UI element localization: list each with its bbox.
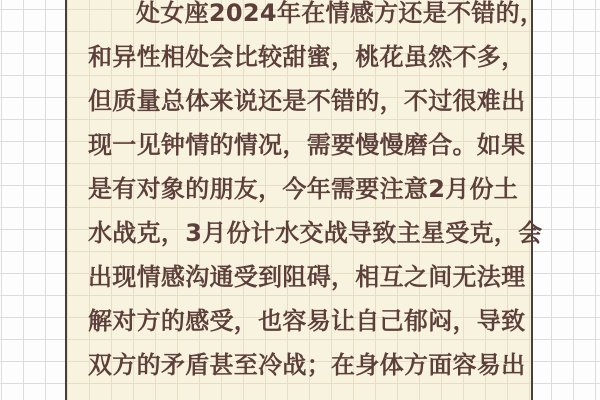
text-line: 双方的矛盾甚至冷战；在身体方面容易出 (88, 343, 511, 387)
text-line: 和异性相处会比较甜蜜，桃花虽然不多， (88, 35, 511, 79)
text-line: 现一见钟情的情况，需要慢慢磨合。如果 (88, 123, 511, 167)
text-line: 但质量总体来说还是不错的，不过很难出 (88, 79, 511, 123)
text-line: 水战克，3月份计水交战导致主星受克，会 (88, 211, 511, 255)
text-line: 解对方的感受，也容易让自己郁闷，导致 (88, 299, 511, 343)
text-line: 出现情感沟通受到阻碍，相互之间无法理 (88, 255, 511, 299)
text-line: 是有对象的朋友，今年需要注意2月份土 (88, 167, 511, 211)
note-paper-panel: 处女座2024年在情感方还是不错的， 和异性相处会比较甜蜜，桃花虽然不多， 但质… (65, 0, 533, 400)
text-line: 处女座2024年在情感方还是不错的， (88, 0, 511, 35)
horoscope-text: 处女座2024年在情感方还是不错的， 和异性相处会比较甜蜜，桃花虽然不多， 但质… (88, 0, 511, 387)
